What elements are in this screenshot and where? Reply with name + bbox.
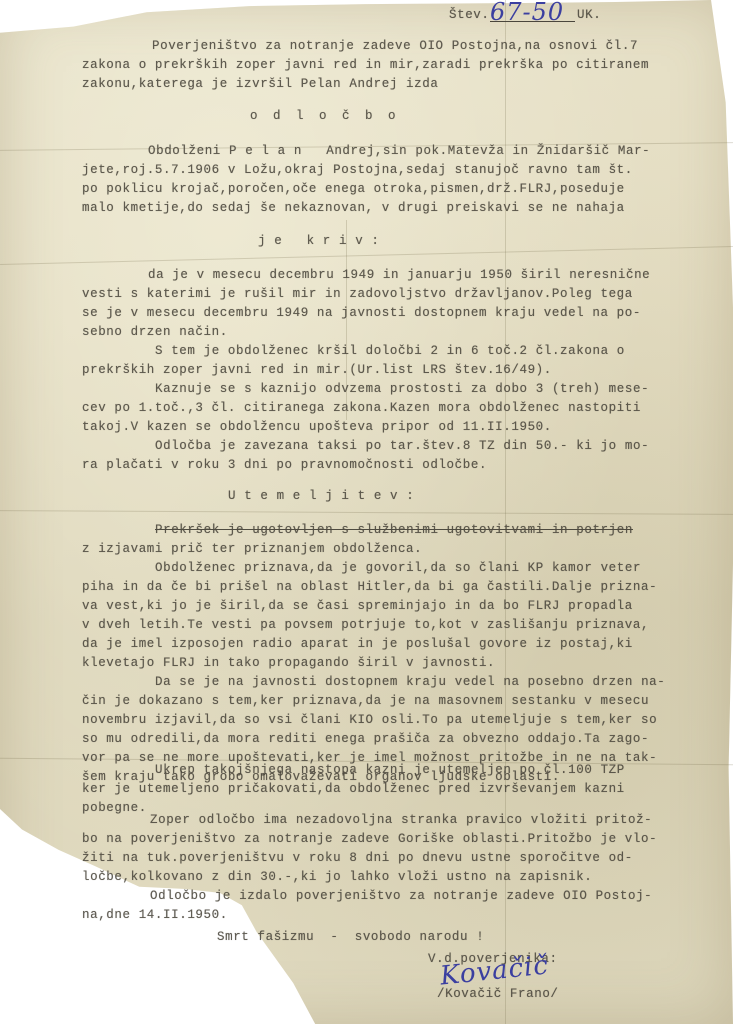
appeal-line: bo na poverjeništvo za notranje zadeve G… xyxy=(82,830,657,849)
accused-line: jete,roj.5.7.1906 v Ložu,okraj Postojna,… xyxy=(82,161,633,180)
reference-number: 67-50 xyxy=(490,0,564,26)
reasoning-line: so mu odredili,da mora rediti enega praš… xyxy=(82,730,649,749)
intro-line: zakona o prekrških zoper javni red in mi… xyxy=(82,56,649,75)
intro-line: Poverjeništvo za notranje zadeve OIO Pos… xyxy=(152,37,638,56)
heading-decision: o d l o č b o xyxy=(250,107,400,126)
intro-line: zakonu,katerega je izvršil Pelan Andrej … xyxy=(82,75,438,94)
issued-line: na,dne 14.II.1950. xyxy=(82,906,228,925)
signatory-name: /Kovačič Frano/ xyxy=(437,985,559,1004)
reasoning-line: Da se je na javnosti dostopnem kraju ved… xyxy=(155,673,665,692)
violation-line: S tem je obdolženec kršil določbi 2 in 6… xyxy=(155,342,625,361)
reasoning-line: Obdolženec priznava,da je govoril,da so … xyxy=(155,559,641,578)
fee-line: ra plačati v roku 3 dni po pravnomočnost… xyxy=(82,456,487,475)
guilty-line: sebno drzen način. xyxy=(82,323,228,342)
penalty-line: Kaznuje se s kaznijo odvzema prostosti z… xyxy=(155,380,649,399)
guilty-line: da je v mesecu decembru 1949 in januarju… xyxy=(148,266,650,285)
reasoning-line: pobegne. xyxy=(82,799,147,818)
reasoning-line: čin je dokazano s tem,ker priznava,da je… xyxy=(82,692,649,711)
guilty-line: vesti s katerimi je rušil mir in zadovol… xyxy=(82,285,633,304)
heading-guilty: j e k r i v : xyxy=(258,232,380,251)
struck-reasoning-line: Prekršek je ugotovljen s službenimi ugot… xyxy=(155,521,633,540)
issued-line: Odločbo je izdalo poverjeništvo za notra… xyxy=(150,887,652,906)
reference-underline xyxy=(490,21,575,22)
reasoning-line: piha in da če bi prišel na oblast Hitler… xyxy=(82,578,657,597)
accused-line: malo kmetije,do sedaj še nekaznovan, v d… xyxy=(82,199,625,218)
appeal-line: žiti na tuk.poverjeništvu v roku 8 dni p… xyxy=(82,849,633,868)
heading-reasoning: U t e m e l j i t e v : xyxy=(228,487,414,506)
accused-line: po poklicu krojač,poročen,oče enega otro… xyxy=(82,180,625,199)
appeal-line: Zoper odločbo ima nezadovoljna stranka p… xyxy=(150,811,652,830)
accused-line: Obdolženi P e l a n Andrej,sin pok.Matev… xyxy=(148,142,650,161)
reasoning-line: Ukrep takojšnjega nastopa kazni je uteme… xyxy=(155,761,625,780)
reasoning-line: novembru izjavil,da so vsi člani KIO osl… xyxy=(82,711,657,730)
reasoning-line: z izjavami prič ter priznanjem obdolženc… xyxy=(82,540,422,559)
violation-line: prekrških zoper javni red in mir.(Ur.lis… xyxy=(82,361,552,380)
reference-suffix: UK. xyxy=(577,6,601,25)
reference-prefix: Štev. xyxy=(449,6,490,25)
reasoning-line: da je imel izposojen radio aparat in je … xyxy=(82,635,633,654)
closing-slogan: Smrt fašizmu - svobodo narodu ! xyxy=(217,928,484,947)
reasoning-line: klevetajo FLRJ in tako propagando širil … xyxy=(82,654,495,673)
guilty-line: se je v mesecu decembru 1949 na javnosti… xyxy=(82,304,641,323)
penalty-line: cev po 1.toč.,3 čl. citiranega zakona.Ka… xyxy=(82,399,641,418)
penalty-line: takoj.V kazen se obdolžencu upošteva pri… xyxy=(82,418,552,437)
fee-line: Odločba je zavezana taksi po tar.štev.8 … xyxy=(155,437,649,456)
reasoning-line: ker je utemeljeno pričakovati,da obdolže… xyxy=(82,780,625,799)
reasoning-line: va vest,ki jo je širil,da se časi spremi… xyxy=(82,597,633,616)
reasoning-line: v dveh letih.Te vesti pa povsem potrjuje… xyxy=(82,616,649,635)
appeal-line: ločbe,kolkovano z din 30.-,ki jo lahko v… xyxy=(82,868,592,887)
